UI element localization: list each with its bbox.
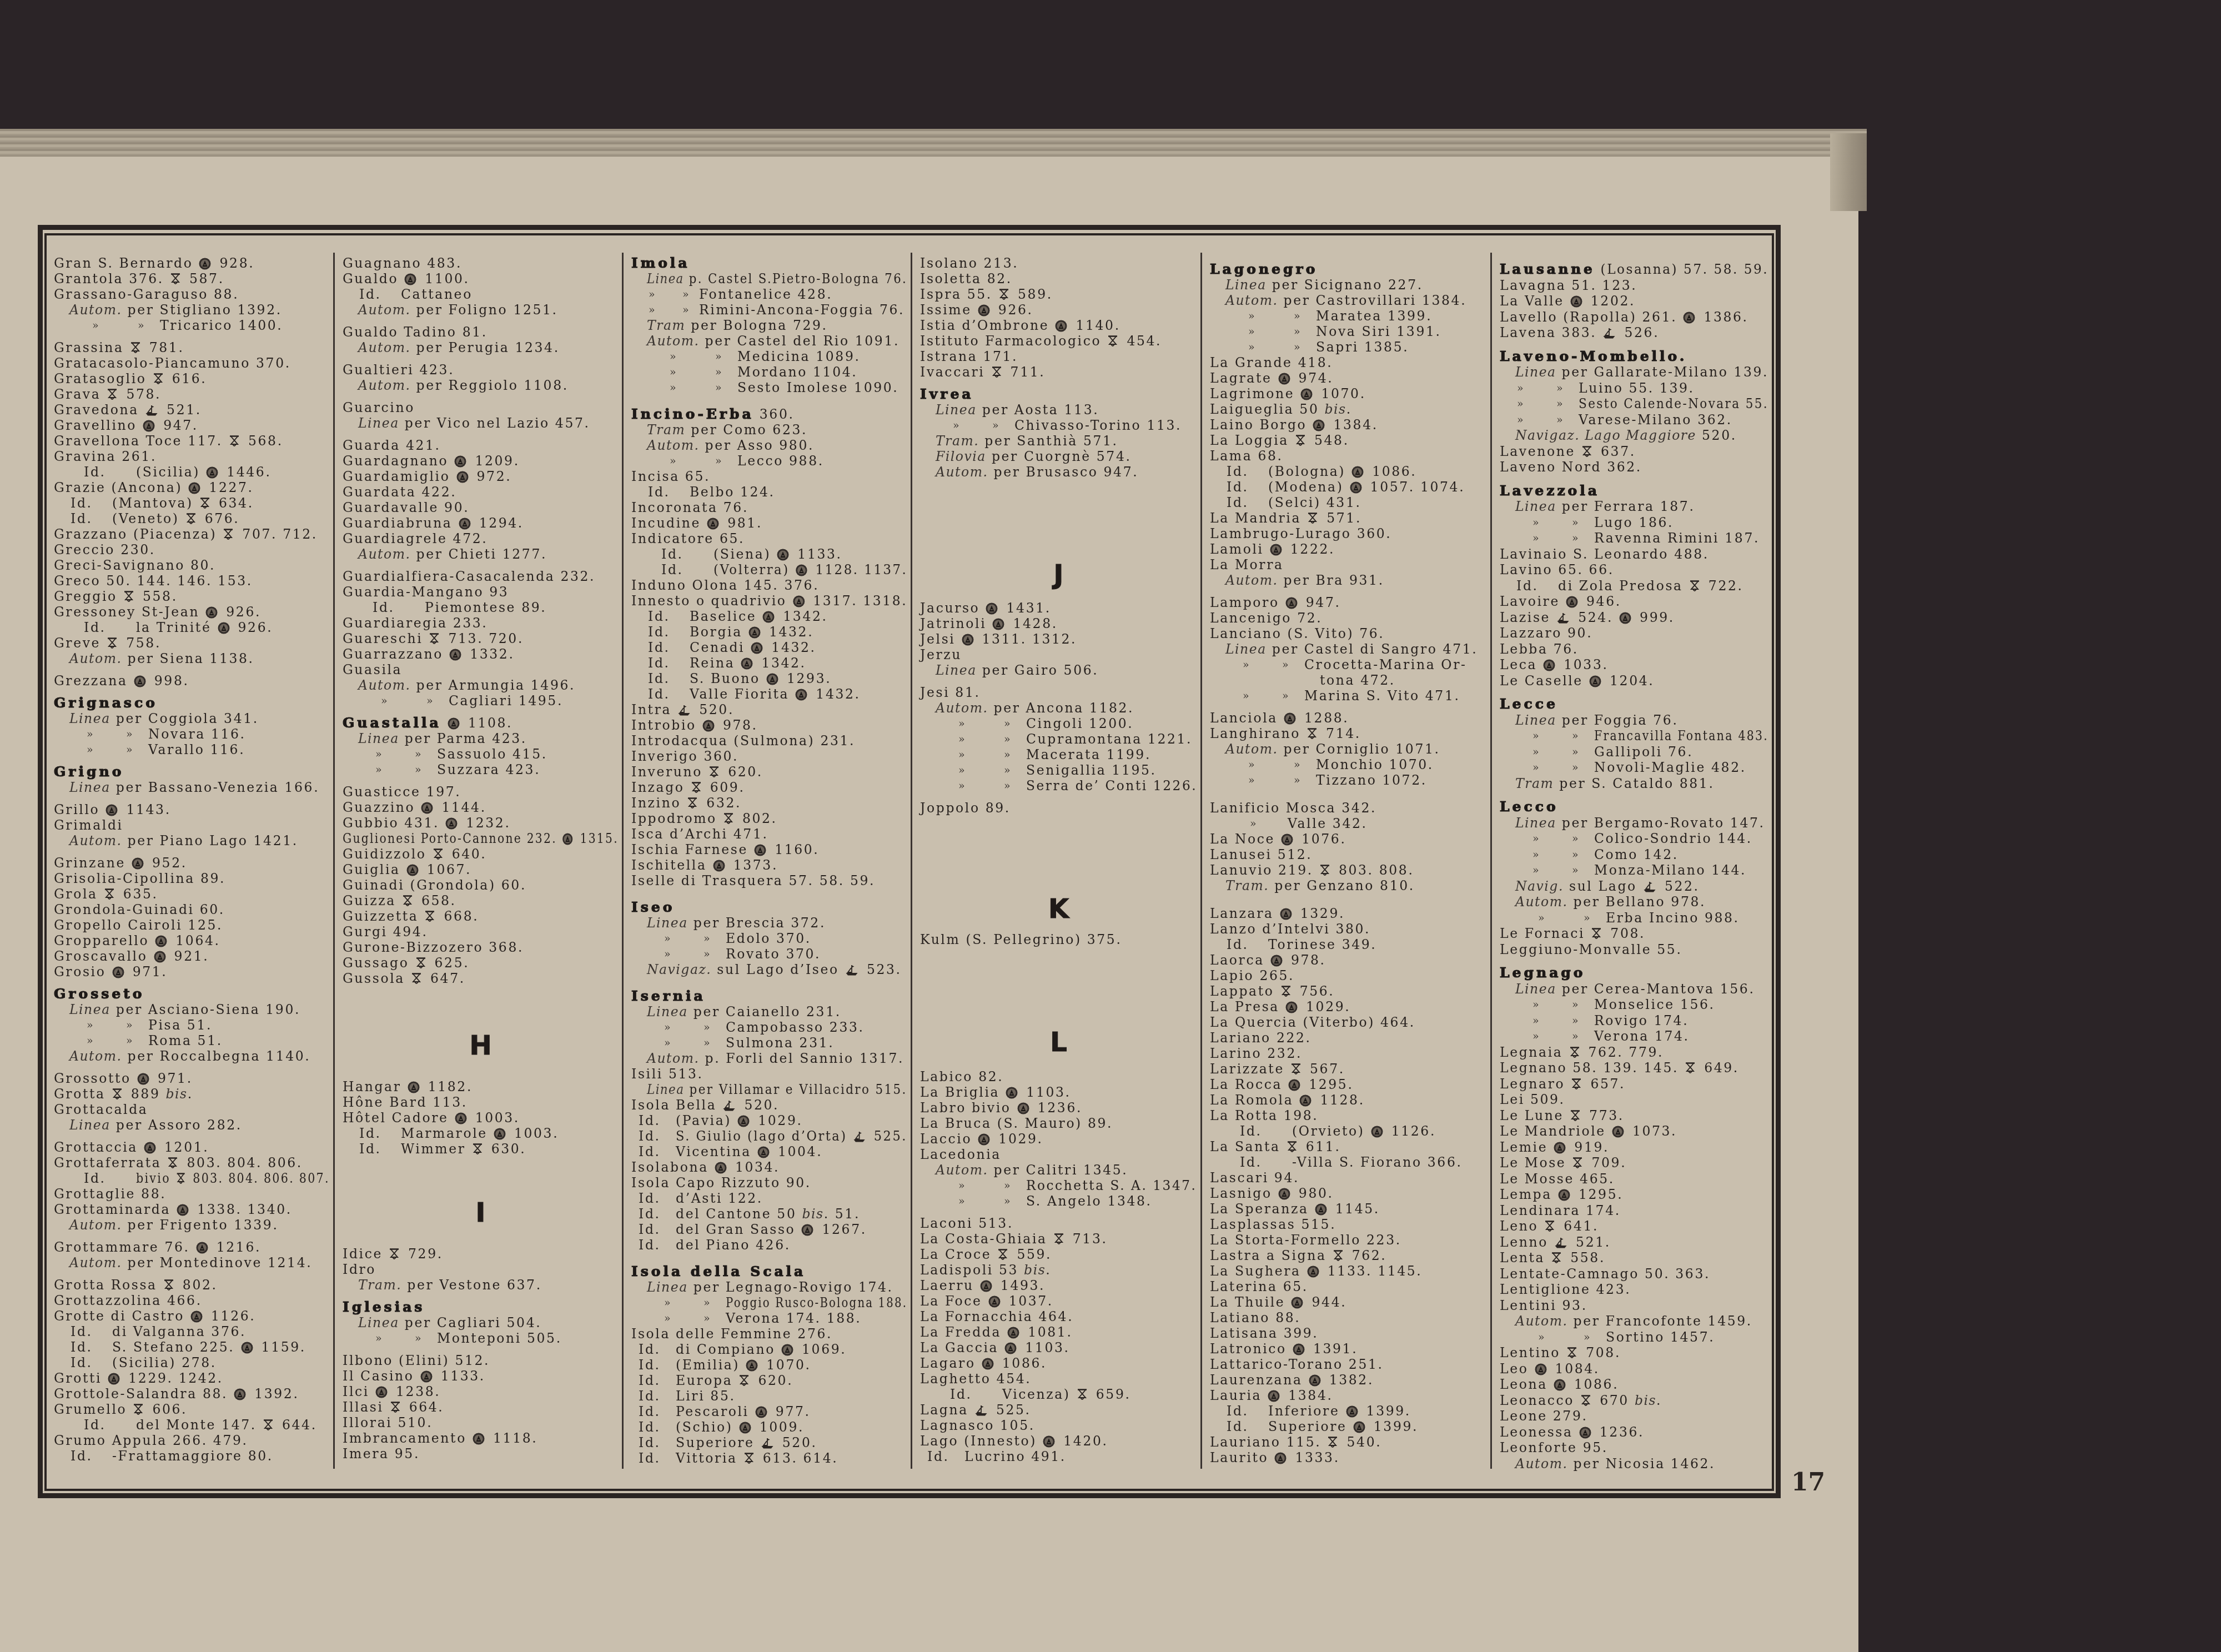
headword: Isola della Scala: [631, 1263, 806, 1279]
transport-mode: Tram.: [936, 433, 979, 449]
destination: Campobasso 233.: [726, 1020, 865, 1035]
entry-text: Grillo 1143.: [54, 802, 171, 817]
preposition: per: [416, 378, 443, 393]
index-entry: Grosseto: [54, 986, 330, 1002]
index-entry: Lempa 1295.: [1500, 1187, 1768, 1203]
ditto-mark: »: [958, 1178, 965, 1193]
route-text: Autom. p. Forli del Sannio 1317.: [647, 1051, 904, 1066]
entry-text: Jatrinoli 1428.: [920, 616, 1058, 631]
idem-label: Id.: [639, 1128, 661, 1144]
destination: Castel S.Pietro-Bologna 76.: [708, 271, 907, 287]
destination: Sesto Imolese 1090.: [737, 380, 898, 395]
ditto-mark: »: [664, 946, 671, 962]
boat-icon: [1556, 612, 1570, 624]
idem-line: Id.Cenadi 1432.: [631, 640, 907, 655]
transport-mode: Tram.: [358, 1277, 401, 1293]
destination: Legnago-Rovigo 174.: [726, 1279, 893, 1295]
route-text: Linea per Legnago-Rovigo 174.: [647, 1279, 893, 1295]
tram-icon: [133, 1403, 144, 1416]
entry-text: S. Stefano 225. 1159.: [112, 1339, 306, 1355]
route-text: Autom. per Foligno 1251.: [358, 302, 558, 318]
idem-label: Id.: [373, 600, 395, 615]
entry-text: Gropparello 1064.: [54, 933, 220, 948]
index-entry: Isoletta 82.: [920, 271, 1197, 287]
entry-text: Gressoney St-Jean 926.: [54, 604, 261, 620]
index-entry: Lancenigo 72.: [1210, 610, 1487, 626]
route-line: Autom. per Roccalbegna 1140.: [54, 1048, 330, 1064]
tram-icon: [1287, 1141, 1298, 1153]
entry-text: Ivrea: [920, 386, 974, 402]
entry-text: Guardiaregia 233.: [343, 615, 488, 631]
index-entry: Hôtel Cadore 1003.: [343, 1110, 619, 1126]
ditto-mark: »: [1004, 762, 1011, 778]
tram-icon: [167, 1157, 178, 1169]
route-line: Autom. per Castel del Rio 1091.: [631, 333, 907, 349]
index-entry: Guardamiglio 972.: [343, 469, 619, 484]
bus-icon: [1278, 1188, 1290, 1200]
preposition: per: [416, 340, 443, 355]
route-text: Tram. per Vestone 637.: [358, 1277, 542, 1293]
entry-text: Incino-Erba 360.: [631, 406, 795, 422]
ditto-line: »»Monza-Milano 144.: [1500, 862, 1768, 878]
tram-icon: [263, 1419, 274, 1432]
blank-line: [54, 1133, 330, 1139]
index-entry: La Grande 418.: [1210, 355, 1487, 370]
entry-text: La Rocca 1295.: [1210, 1077, 1354, 1092]
entry-text: Ippodromo 802.: [631, 811, 777, 826]
entry-text: Gussago 625.: [343, 955, 469, 971]
index-entry: Isola Capo Rizzuto 90.: [631, 1175, 907, 1191]
ditto-line: »»Cagliari 1495.: [343, 693, 619, 709]
index-entry: Jacurso 1431.: [920, 600, 1197, 616]
entry-text: La Briglia 1103.: [920, 1084, 1071, 1100]
index-entry: Grottole-Salandra 88. 1392.: [54, 1386, 330, 1402]
index-entry: La Croce 559.: [920, 1247, 1197, 1262]
index-entry: Lebba 76.: [1500, 641, 1768, 657]
entry-text: di Compiano 1069.: [676, 1342, 846, 1357]
route-text: Linea per Caianello 231.: [647, 1004, 841, 1020]
bus-icon: [143, 420, 155, 432]
index-entry: Guardiabruna 1294.: [343, 515, 619, 531]
route-text: Linea per Castel di Sangro 471.: [1225, 641, 1478, 657]
entry-text: Lama 68.: [1210, 448, 1283, 464]
route-text: Linea per Sicignano 227.: [1225, 277, 1423, 293]
index-entry: Groscavallo 921.: [54, 948, 330, 964]
preposition: sul: [717, 962, 741, 977]
entry-text: Gualdo 1100.: [343, 271, 470, 287]
route-line: Linea per Sicignano 227.: [1210, 277, 1487, 293]
transport-mode: Autom.: [69, 1255, 122, 1271]
entry-text: La Quercia (Viterbo) 464.: [1210, 1015, 1415, 1030]
headword: Lagonegro: [1210, 261, 1318, 277]
index-entry: Lago (Innesto) 1420.: [920, 1433, 1197, 1449]
ditto-mark: »: [649, 302, 655, 318]
bus-icon: [1315, 1203, 1327, 1216]
index-entry: Lacedonia: [920, 1147, 1197, 1162]
headword: Grignasco: [54, 695, 158, 711]
entry-text: Vicentina 1004.: [676, 1144, 822, 1159]
destination: Sulmona 231.: [726, 1035, 834, 1051]
entry-text: Idice 729.: [343, 1246, 443, 1262]
index-entry: Lastra a Signa 762.: [1210, 1248, 1487, 1263]
ditto-mark: »: [1517, 380, 1524, 396]
headword: Incino-Erba: [631, 406, 754, 422]
entry-text: Istrana 171.: [920, 349, 1018, 364]
italic-text: bis: [1635, 1393, 1656, 1408]
entry-text: Lenta 558.: [1500, 1250, 1605, 1266]
route-text: Linea per Villamar e Villacidro 515.: [647, 1082, 907, 1097]
ditto-mark: »: [1294, 772, 1300, 788]
index-entry: Guizzetta 668.: [343, 908, 619, 924]
ditto-line: »»Crocetta-Marina Or-: [1210, 657, 1487, 672]
ditto-line: »»Sassuolo 415.: [343, 746, 619, 762]
ditto-mark: »: [953, 418, 959, 433]
tram-icon: [1290, 1063, 1302, 1076]
idem-line: Id.S. Giulio (lago d’Orta) 525.: [631, 1128, 907, 1144]
destination: Perugia 1234.: [449, 340, 560, 355]
idem-line: Id.Vittoria 613. 614.: [631, 1450, 907, 1466]
entry-text: Ilci 1238.: [343, 1384, 440, 1399]
index-entry: Grazzano (Piacenza) 707. 712.: [54, 526, 330, 542]
blank-line: [343, 318, 619, 324]
entry-text: Grotta Rossa 802.: [54, 1277, 218, 1293]
transport-mode: Linea: [647, 1082, 684, 1097]
index-entry: Isili 513.: [631, 1066, 907, 1082]
idem-line: Id.Lucrino 491.: [920, 1449, 1197, 1464]
preposition: per: [1562, 712, 1589, 728]
route-line: Autom. per Ancona 1182.: [920, 700, 1197, 716]
idem-label: Id.: [639, 1237, 661, 1253]
tram-icon: [1280, 985, 1292, 998]
index-entry: Joppolo 89.: [920, 800, 1197, 816]
ditto-mark: »: [670, 380, 676, 395]
preposition: per: [405, 731, 431, 746]
index-entry: Lama 68.: [1210, 448, 1487, 464]
preposition: per: [1574, 1313, 1600, 1329]
entry-text: Guarcino: [343, 400, 415, 415]
route-line: Linea per Castel di Sangro 471.: [1210, 641, 1487, 657]
ditto-line: »»Edolo 370.: [631, 931, 907, 946]
index-entry: Grillo 1143.: [54, 802, 330, 817]
preposition: sul: [1569, 878, 1593, 894]
ditto-line: »»Luino 55. 139.: [1500, 380, 1768, 396]
tram-icon: [738, 1374, 750, 1387]
ditto-line: »»Sesto Imolese 1090.: [631, 380, 907, 395]
ditto-mark: »: [1532, 515, 1539, 531]
entry-text: La Croce 559.: [920, 1247, 1052, 1262]
ditto-line: »»Como 142.: [1500, 847, 1768, 863]
route-line: Autom. per Foligno 1251.: [343, 302, 619, 318]
entry-text: Isola della Scala: [631, 1264, 806, 1279]
bus-icon: [105, 804, 118, 816]
headword: Grosseto: [54, 986, 144, 1002]
entry-text: Greve 758.: [54, 635, 161, 651]
route-line: Autom. per Brusasco 947.: [920, 464, 1197, 480]
destination: Asciano-Siena 190.: [148, 1002, 300, 1017]
destination: Valle 342.: [1288, 816, 1368, 831]
index-entry: Laurenzana 1382.: [1210, 1372, 1487, 1388]
transport-mode: Autom.: [1225, 741, 1278, 757]
index-entry: Jatrinoli 1428.: [920, 616, 1197, 631]
entry-text: Guardiabruna 1294.: [343, 515, 524, 531]
index-entry: Larino 232.: [1210, 1046, 1487, 1061]
index-entry: Lanciola 1288.: [1210, 710, 1487, 726]
destination: Roma 51.: [148, 1033, 223, 1048]
tram-icon: [415, 957, 426, 970]
entry-text: Grotte di Castro 1126.: [54, 1308, 255, 1324]
destination: Parma 423.: [437, 731, 527, 746]
bus-icon: [1570, 295, 1582, 308]
preposition: per: [982, 402, 1009, 418]
preposition: per: [405, 415, 431, 431]
index-entry: Laerru 1493.: [920, 1278, 1197, 1293]
idem-line: Id.Borgia 1432.: [631, 624, 907, 640]
ditto-mark: »: [1538, 1329, 1545, 1345]
blank-line: [343, 393, 619, 400]
destination: Ferrara 187.: [1594, 499, 1695, 514]
index-entry: Grottaglie 88.: [54, 1186, 330, 1202]
index-entry: Gualdo Tadino 81.: [343, 324, 619, 340]
entry-text: Gussola 647.: [343, 971, 465, 986]
index-entry: Le Fornaci 708.: [1500, 926, 1768, 942]
entry-text: Greggio 558.: [54, 589, 178, 604]
ditto-mark: »: [1532, 847, 1539, 863]
preposition: per: [691, 422, 717, 438]
index-column-6: Lausanne (Losanna) 57. 58. 59.Lavagna 51…: [1490, 235, 1772, 1489]
entry-text: Laigueglia 50 bis.: [1210, 401, 1352, 417]
entry-text: Guasticce 197.: [343, 784, 461, 800]
index-entry: Greggio 558.: [54, 589, 330, 604]
destination: Santhià 571.: [1017, 433, 1118, 449]
entry-text: Gualtieri 423.: [343, 362, 454, 378]
idem-label: Id.: [359, 1141, 381, 1157]
transport-mode: Autom.: [936, 1162, 988, 1178]
destination: Nicosia 1462.: [1606, 1456, 1716, 1472]
tram-icon: [743, 1452, 755, 1465]
route-text: Autom. per Montedinove 1214.: [69, 1255, 312, 1271]
entry-text: Iselle di Trasquera 57. 58. 59.: [631, 873, 875, 888]
entry-text: Guizza 658.: [343, 893, 456, 908]
index-entry: Leonessa 1236.: [1500, 1424, 1768, 1440]
ditto-mark: »: [664, 1310, 671, 1326]
boat-icon: [853, 1131, 866, 1143]
preposition: per: [128, 651, 154, 666]
entry-text: Lucrino 491.: [964, 1449, 1066, 1464]
index-entry: Lauriano 115. 540.: [1210, 1434, 1487, 1450]
idem-label: Id.: [1240, 1123, 1262, 1139]
index-entry: Lenta 558.: [1500, 1250, 1768, 1266]
ditto-mark: »: [958, 762, 965, 778]
entry-text: Lausanne (Losanna) 57. 58. 59.: [1500, 262, 1768, 278]
entry-text: Grazie (Ancona) 1227.: [54, 480, 254, 495]
destination: Maratea 1399.: [1316, 308, 1432, 324]
destination: Cingoli 1200.: [1026, 716, 1133, 731]
preposition: per: [405, 1315, 431, 1330]
idem-line: Id.Baselice 1342.: [631, 609, 907, 624]
preposition: per: [994, 1162, 1021, 1178]
blank-line: [343, 355, 619, 362]
destination: Bra 931.: [1316, 573, 1384, 588]
blank-line: [343, 1346, 619, 1353]
index-entry: Grava 578.: [54, 386, 330, 402]
entry-text: Guastalla 1108.: [343, 715, 512, 731]
entry-text: Hôtel Cadore 1003.: [343, 1110, 520, 1126]
index-entry: La Briglia 1103.: [920, 1084, 1197, 1100]
bus-icon: [1285, 1001, 1298, 1013]
route-line: Autom. per Frigento 1339.: [54, 1217, 330, 1233]
ditto-mark: »: [1572, 744, 1579, 760]
bus-icon: [1281, 833, 1293, 846]
index-entry: Lappato 756.: [1210, 983, 1487, 999]
entry-text: Guagnano 483.: [343, 255, 462, 271]
entry-text: (Volterra) 1128. 1137.: [713, 562, 907, 578]
entry-text: Lastra a Signa 762.: [1210, 1248, 1386, 1263]
index-entry: Guardagnano 1209.: [343, 453, 619, 469]
destination: Monchio 1070.: [1316, 757, 1434, 772]
bus-icon: [154, 951, 166, 963]
route-text: Autom. per Perugia 1234.: [358, 340, 560, 355]
index-entry: Isolano 213.: [920, 255, 1197, 271]
entry-text: Guasila: [343, 662, 402, 677]
bus-icon: [707, 518, 719, 530]
entry-text: Superiore 520.: [676, 1435, 817, 1450]
ditto-mark: »: [958, 1193, 965, 1209]
idem-line: Id.Reina 1342.: [631, 655, 907, 671]
destination: S. Cataldo 881.: [1591, 776, 1714, 791]
index-entry: Induno Olona 145. 376.: [631, 578, 907, 593]
entry-text: La Santa 611.: [1210, 1139, 1340, 1154]
index-entry: Leno 641.: [1500, 1218, 1768, 1234]
entry-text: Laghetto 454.: [920, 1371, 1031, 1387]
entry-text: Belbo 124.: [690, 484, 775, 500]
idem-label: Id.: [648, 686, 670, 702]
ditto-mark: »: [87, 726, 93, 742]
index-entry: Labro bivio 1236.: [920, 1100, 1197, 1116]
route-line: Tram. per Santhià 571.: [920, 433, 1197, 449]
preposition: per: [1562, 364, 1589, 380]
entry-text: (Orvieto) 1126.: [1292, 1123, 1436, 1139]
entry-text: Lecce: [1500, 696, 1558, 712]
route-line: Navigaz. sul Lago d’Iseo 523.: [631, 962, 907, 977]
entry-text: Le Mandriole 1073.: [1500, 1123, 1677, 1139]
blank-line: [1210, 588, 1487, 595]
entry-text: Guglionesi Porto-Cannone 232. 1315.: [343, 831, 619, 846]
ditto-mark: »: [664, 931, 671, 946]
route-text: Tram. per Santhià 571.: [936, 433, 1118, 449]
italic-text: bis: [1325, 401, 1346, 417]
index-entry: Lanificio Mosca 342.: [1210, 800, 1487, 816]
entry-text: Lavino 65. 66.: [1500, 562, 1614, 578]
tram-icon: [1571, 1078, 1582, 1091]
entry-text: Jerzu: [920, 647, 962, 662]
idem-label: Id.: [648, 655, 670, 671]
tram-icon: [1327, 1436, 1338, 1449]
entry-text: Lagonegro: [1210, 262, 1318, 277]
entry-text: Il Casino 1133.: [343, 1368, 485, 1384]
idem-line: Id.Superiore 1399.: [1210, 1419, 1487, 1434]
destination: Francavilla Fontana 483.: [1594, 728, 1768, 744]
destination: Lago d’Iseo 523.: [746, 962, 902, 977]
index-entry: Grumello 606.: [54, 1402, 330, 1417]
bus-icon: [1280, 908, 1292, 920]
entry-text: Guardiagrele 472.: [343, 531, 488, 546]
entry-text: Latronico 1391.: [1210, 1341, 1358, 1357]
entry-text: Lappato 756.: [1210, 983, 1334, 999]
index-entry: Lavoire 946.: [1500, 594, 1768, 610]
destination: Sortino 1457.: [1606, 1329, 1715, 1345]
ditto-mark: »: [126, 726, 133, 742]
entry-text: Larizzate 567.: [1210, 1061, 1345, 1077]
tram-icon: [1295, 434, 1306, 447]
destination: Novara 116.: [148, 726, 246, 742]
entry-text: Ladispoli 53 bis.: [920, 1262, 1051, 1278]
bus-icon: [992, 618, 1004, 630]
destination: Castel del Rio 1091.: [737, 333, 900, 349]
entry-text: Lasplassas 515.: [1210, 1217, 1336, 1232]
entry-text: La Grande 418.: [1210, 355, 1333, 370]
preposition: per: [984, 433, 1011, 449]
entry-text: Laveno Nord 362.: [1500, 459, 1642, 475]
route-line: Autom. per Chieti 1277.: [343, 546, 619, 562]
preposition: per: [407, 1277, 434, 1293]
index-entry: La Costa-Ghiaia 713.: [920, 1231, 1197, 1247]
idem-label: Id.: [639, 1450, 661, 1466]
bus-icon: [1554, 1379, 1566, 1391]
entry-text: d’Asti 122.: [676, 1191, 763, 1206]
entry-text: (Veneto) 676.: [112, 511, 239, 526]
index-entry: Guarrazzano 1332.: [343, 646, 619, 662]
index-entry: Grumo Appula 266. 479.: [54, 1433, 330, 1448]
preposition: per: [128, 302, 154, 318]
ditto-line: »»Sapri 1385.: [1210, 339, 1487, 355]
entry-text: Lavello (Rapolla) 261. 1386.: [1500, 309, 1748, 325]
index-entry: Imola: [631, 255, 907, 271]
route-line: Linea per Assoro 282.: [54, 1117, 330, 1133]
entry-text: Gubbio 431. 1232.: [343, 815, 510, 831]
entry-text: Leggiuno-Monvalle 55.: [1500, 942, 1682, 958]
destination: Castrovillari 1384.: [1316, 293, 1467, 308]
bus-icon: [1017, 1102, 1029, 1114]
index-entry: Laghetto 454.: [920, 1371, 1197, 1387]
index-entry: Lenno 521.: [1500, 1234, 1768, 1251]
entry-text: Leonessa 1236.: [1500, 1424, 1644, 1440]
idem-label: Id.: [927, 1449, 949, 1464]
preposition: per: [116, 711, 143, 726]
ditto-line: »»Rimini-Ancona-Foggia 76.: [631, 302, 907, 318]
tram-icon: [998, 288, 1009, 301]
index-entry: Illorai 510.: [343, 1415, 619, 1430]
index-entry: Legnano 58. 139. 145. 649.: [1500, 1060, 1768, 1076]
destination: Bologna 729.: [723, 318, 827, 333]
preposition: p.: [705, 1051, 721, 1066]
continuation-line: tona 472.: [1210, 672, 1487, 688]
bus-icon: [1043, 1435, 1055, 1448]
ditto-mark: »: [1572, 997, 1579, 1013]
route-line: Autom. per Francofonte 1459.: [1500, 1313, 1768, 1329]
index-entry: La Storta-Formello 223.: [1210, 1232, 1487, 1248]
entry-text: Grezzana 998.: [54, 673, 189, 689]
ditto-mark: »: [138, 318, 144, 333]
entry-text: (Sicilia) 278.: [112, 1355, 217, 1370]
entry-text: Legnano 58. 139. 145. 649.: [1500, 1060, 1739, 1076]
idem-line: Id.del Monte 147. 644.: [54, 1417, 330, 1433]
index-entry: Guiglia 1067.: [343, 862, 619, 877]
idem-label: Id.: [661, 562, 684, 578]
idem-label: Id.: [71, 1339, 93, 1355]
ditto-mark: »: [126, 1033, 133, 1048]
bus-icon: [459, 518, 471, 530]
idem-line: Id.la Trinité 926.: [54, 620, 330, 635]
